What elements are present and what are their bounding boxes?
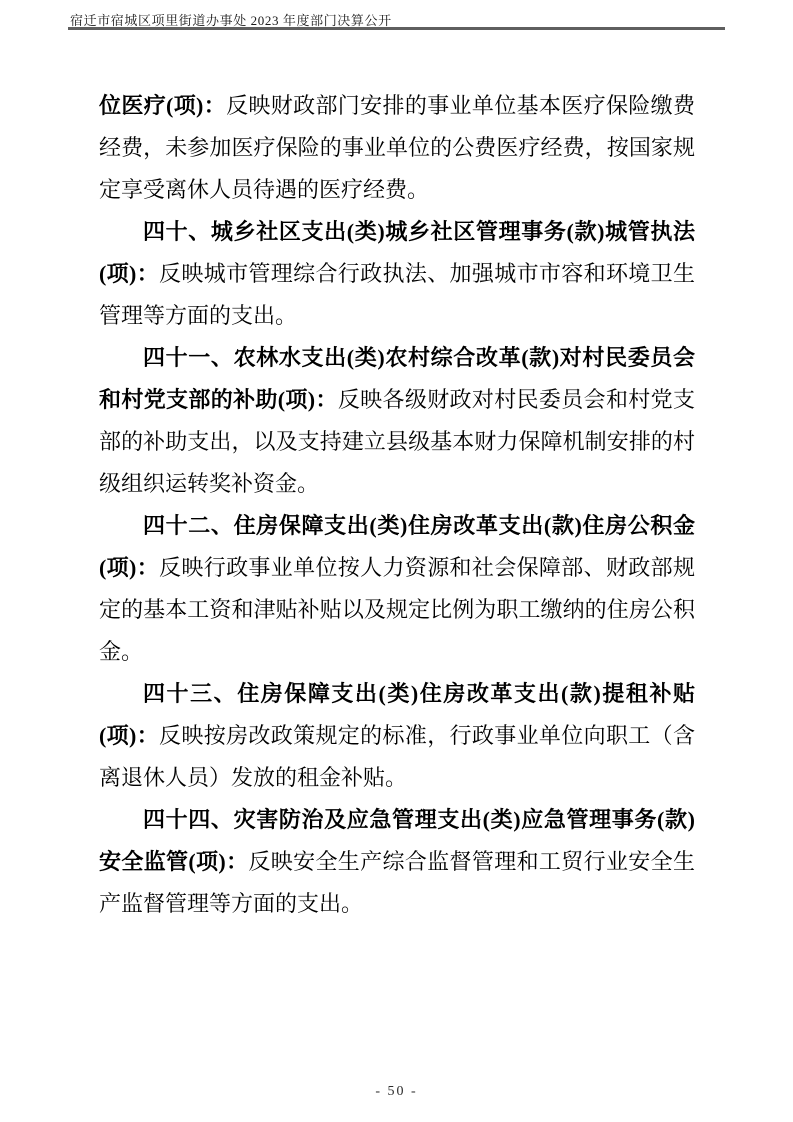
document-page: 宿迁市宿城区项里街道办事处 2023 年度部门决算公开 位医疗(项)：反映财政部…: [0, 0, 793, 1122]
paragraph: 位医疗(项)：反映财政部门安排的事业单位基本医疗保险缴费经费，未参加医疗保险的事…: [99, 85, 695, 211]
paragraph: 四十一、农林水支出(类)农村综合改革(款)对村民委员会和村党支部的补助(项)：反…: [99, 337, 695, 505]
page-number: - 50 -: [0, 1084, 793, 1100]
paragraph: 四十二、住房保障支出(类)住房改革支出(款)住房公积金(项)：反映行政事业单位按…: [99, 505, 695, 673]
document-body: 位医疗(项)：反映财政部门安排的事业单位基本医疗保险缴费经费，未参加医疗保险的事…: [99, 85, 695, 925]
paragraph-text: 反映城市管理综合行政执法、加强城市市容和环境卫生管理等方面的支出。: [99, 261, 695, 328]
header-divider: [68, 27, 725, 30]
paragraph: 四十四、灾害防治及应急管理支出(类)应急管理事务(款)安全监管(项)：反映安全生…: [99, 799, 695, 925]
paragraph-text: 反映行政事业单位按人力资源和社会保障部、财政部规定的基本工资和津贴补贴以及规定比…: [99, 555, 695, 664]
paragraph-text: 反映按房改政策规定的标准，行政事业单位向职工（含离退休人员）发放的租金补贴。: [99, 723, 695, 790]
paragraph-lead: 位医疗(项)：: [99, 93, 226, 118]
paragraph: 四十、城乡社区支出(类)城乡社区管理事务(款)城管执法(项)：反映城市管理综合行…: [99, 211, 695, 337]
paragraph: 四十三、住房保障支出(类)住房改革支出(款)提租补贴(项)：反映按房改政策规定的…: [99, 673, 695, 799]
